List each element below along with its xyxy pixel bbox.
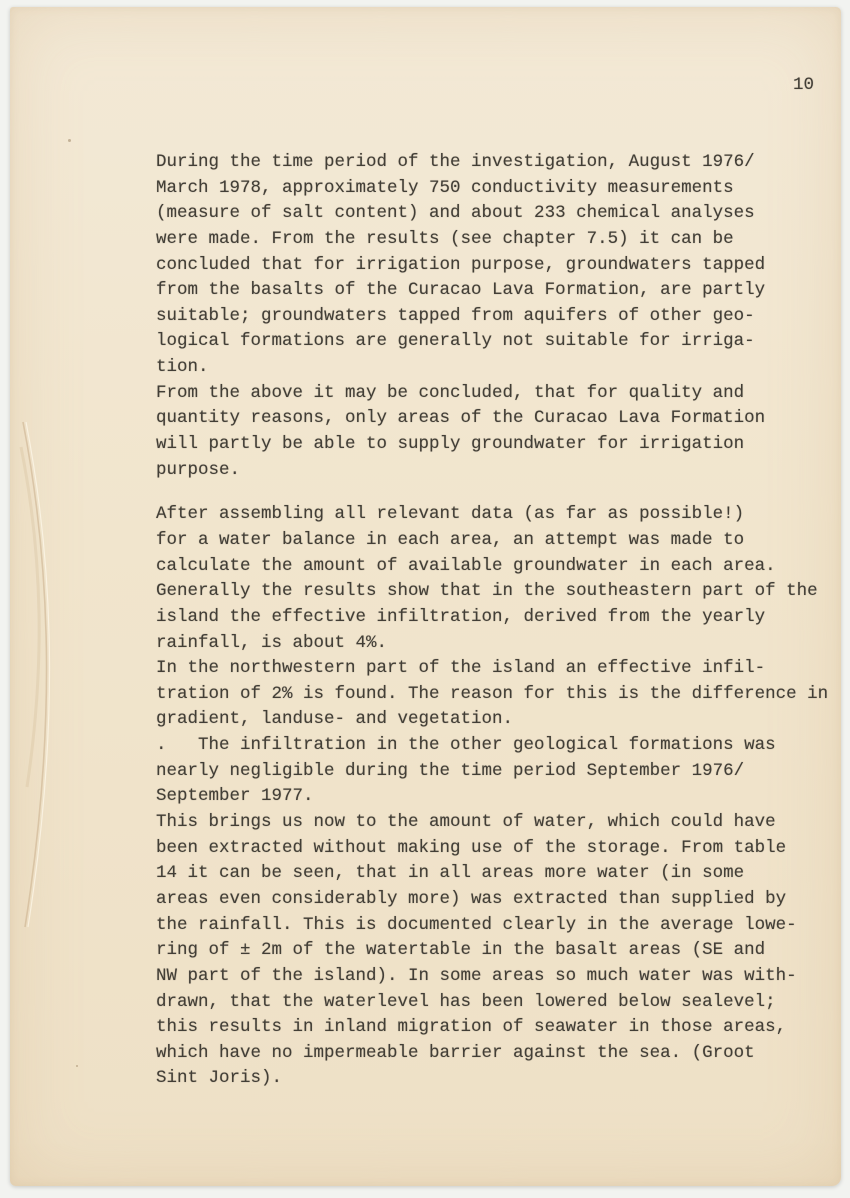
- text-line: purpose.: [156, 458, 850, 484]
- text-line: tration of 2% is found. The reason for t…: [156, 682, 850, 708]
- text-line: Generally the results show that in the s…: [156, 579, 850, 605]
- text-line: were made. From the results (see chapter…: [156, 227, 850, 253]
- text-line: tion.: [156, 355, 850, 381]
- text-line: 14 it can be seen, that in all areas mor…: [156, 861, 850, 887]
- text-line: concluded that for irrigation purpose, g…: [156, 253, 850, 279]
- body-text: During the time period of the investigat…: [156, 150, 850, 1092]
- paper-speck: [76, 1065, 78, 1067]
- document-page: 10 During the time period of the investi…: [10, 7, 841, 1186]
- page-number: 10: [793, 73, 814, 98]
- text-line: ring of ± 2m of the watertable in the ba…: [156, 938, 850, 964]
- text-line: drawn, that the waterlevel has been lowe…: [156, 990, 850, 1016]
- paper-speck: [68, 139, 71, 142]
- paragraph-1: During the time period of the investigat…: [156, 150, 850, 483]
- text-line: March 1978, approximately 750 conductivi…: [156, 176, 850, 202]
- text-line: quantity reasons, only areas of the Cura…: [156, 406, 850, 432]
- text-line: September 1977.: [156, 784, 850, 810]
- text-line: island the effective infiltration, deriv…: [156, 605, 850, 631]
- text-line: Sint Joris).: [156, 1066, 850, 1092]
- text-line: which have no impermeable barrier agains…: [156, 1041, 850, 1067]
- text-line: will partly be able to supply groundwate…: [156, 432, 850, 458]
- text-line: logical formations are generally not sui…: [156, 329, 850, 355]
- text-line: From the above it may be concluded, that…: [156, 381, 850, 407]
- text-line: This brings us now to the amount of wate…: [156, 810, 850, 836]
- text-line: been extracted without making use of the…: [156, 836, 850, 862]
- paragraph-2: After assembling all relevant data (as f…: [156, 502, 850, 1092]
- text-line: the rainfall. This is documented clearly…: [156, 913, 850, 939]
- text-line: In the northwestern part of the island a…: [156, 656, 850, 682]
- text-line: suitable; groundwaters tapped from aquif…: [156, 304, 850, 330]
- text-line: this results in inland migration of seaw…: [156, 1015, 850, 1041]
- text-line: NW part of the island). In some areas so…: [156, 964, 850, 990]
- text-line: During the time period of the investigat…: [156, 150, 850, 176]
- text-line: gradient, landuse- and vegetation.: [156, 707, 850, 733]
- text-line: for a water balance in each area, an att…: [156, 528, 850, 554]
- text-line: . The infiltration in the other geologic…: [156, 733, 850, 759]
- paper-crease: [7, 407, 77, 967]
- text-line: from the basalts of the Curacao Lava For…: [156, 278, 850, 304]
- scan-backdrop: 10 During the time period of the investi…: [0, 0, 850, 1198]
- text-line: After assembling all relevant data (as f…: [156, 502, 850, 528]
- text-line: rainfall, is about 4%.: [156, 631, 850, 657]
- text-line: nearly negligible during the time period…: [156, 759, 850, 785]
- text-line: calculate the amount of available ground…: [156, 554, 850, 580]
- text-line: (measure of salt content) and about 233 …: [156, 201, 850, 227]
- text-line: areas even considerably more) was extrac…: [156, 887, 850, 913]
